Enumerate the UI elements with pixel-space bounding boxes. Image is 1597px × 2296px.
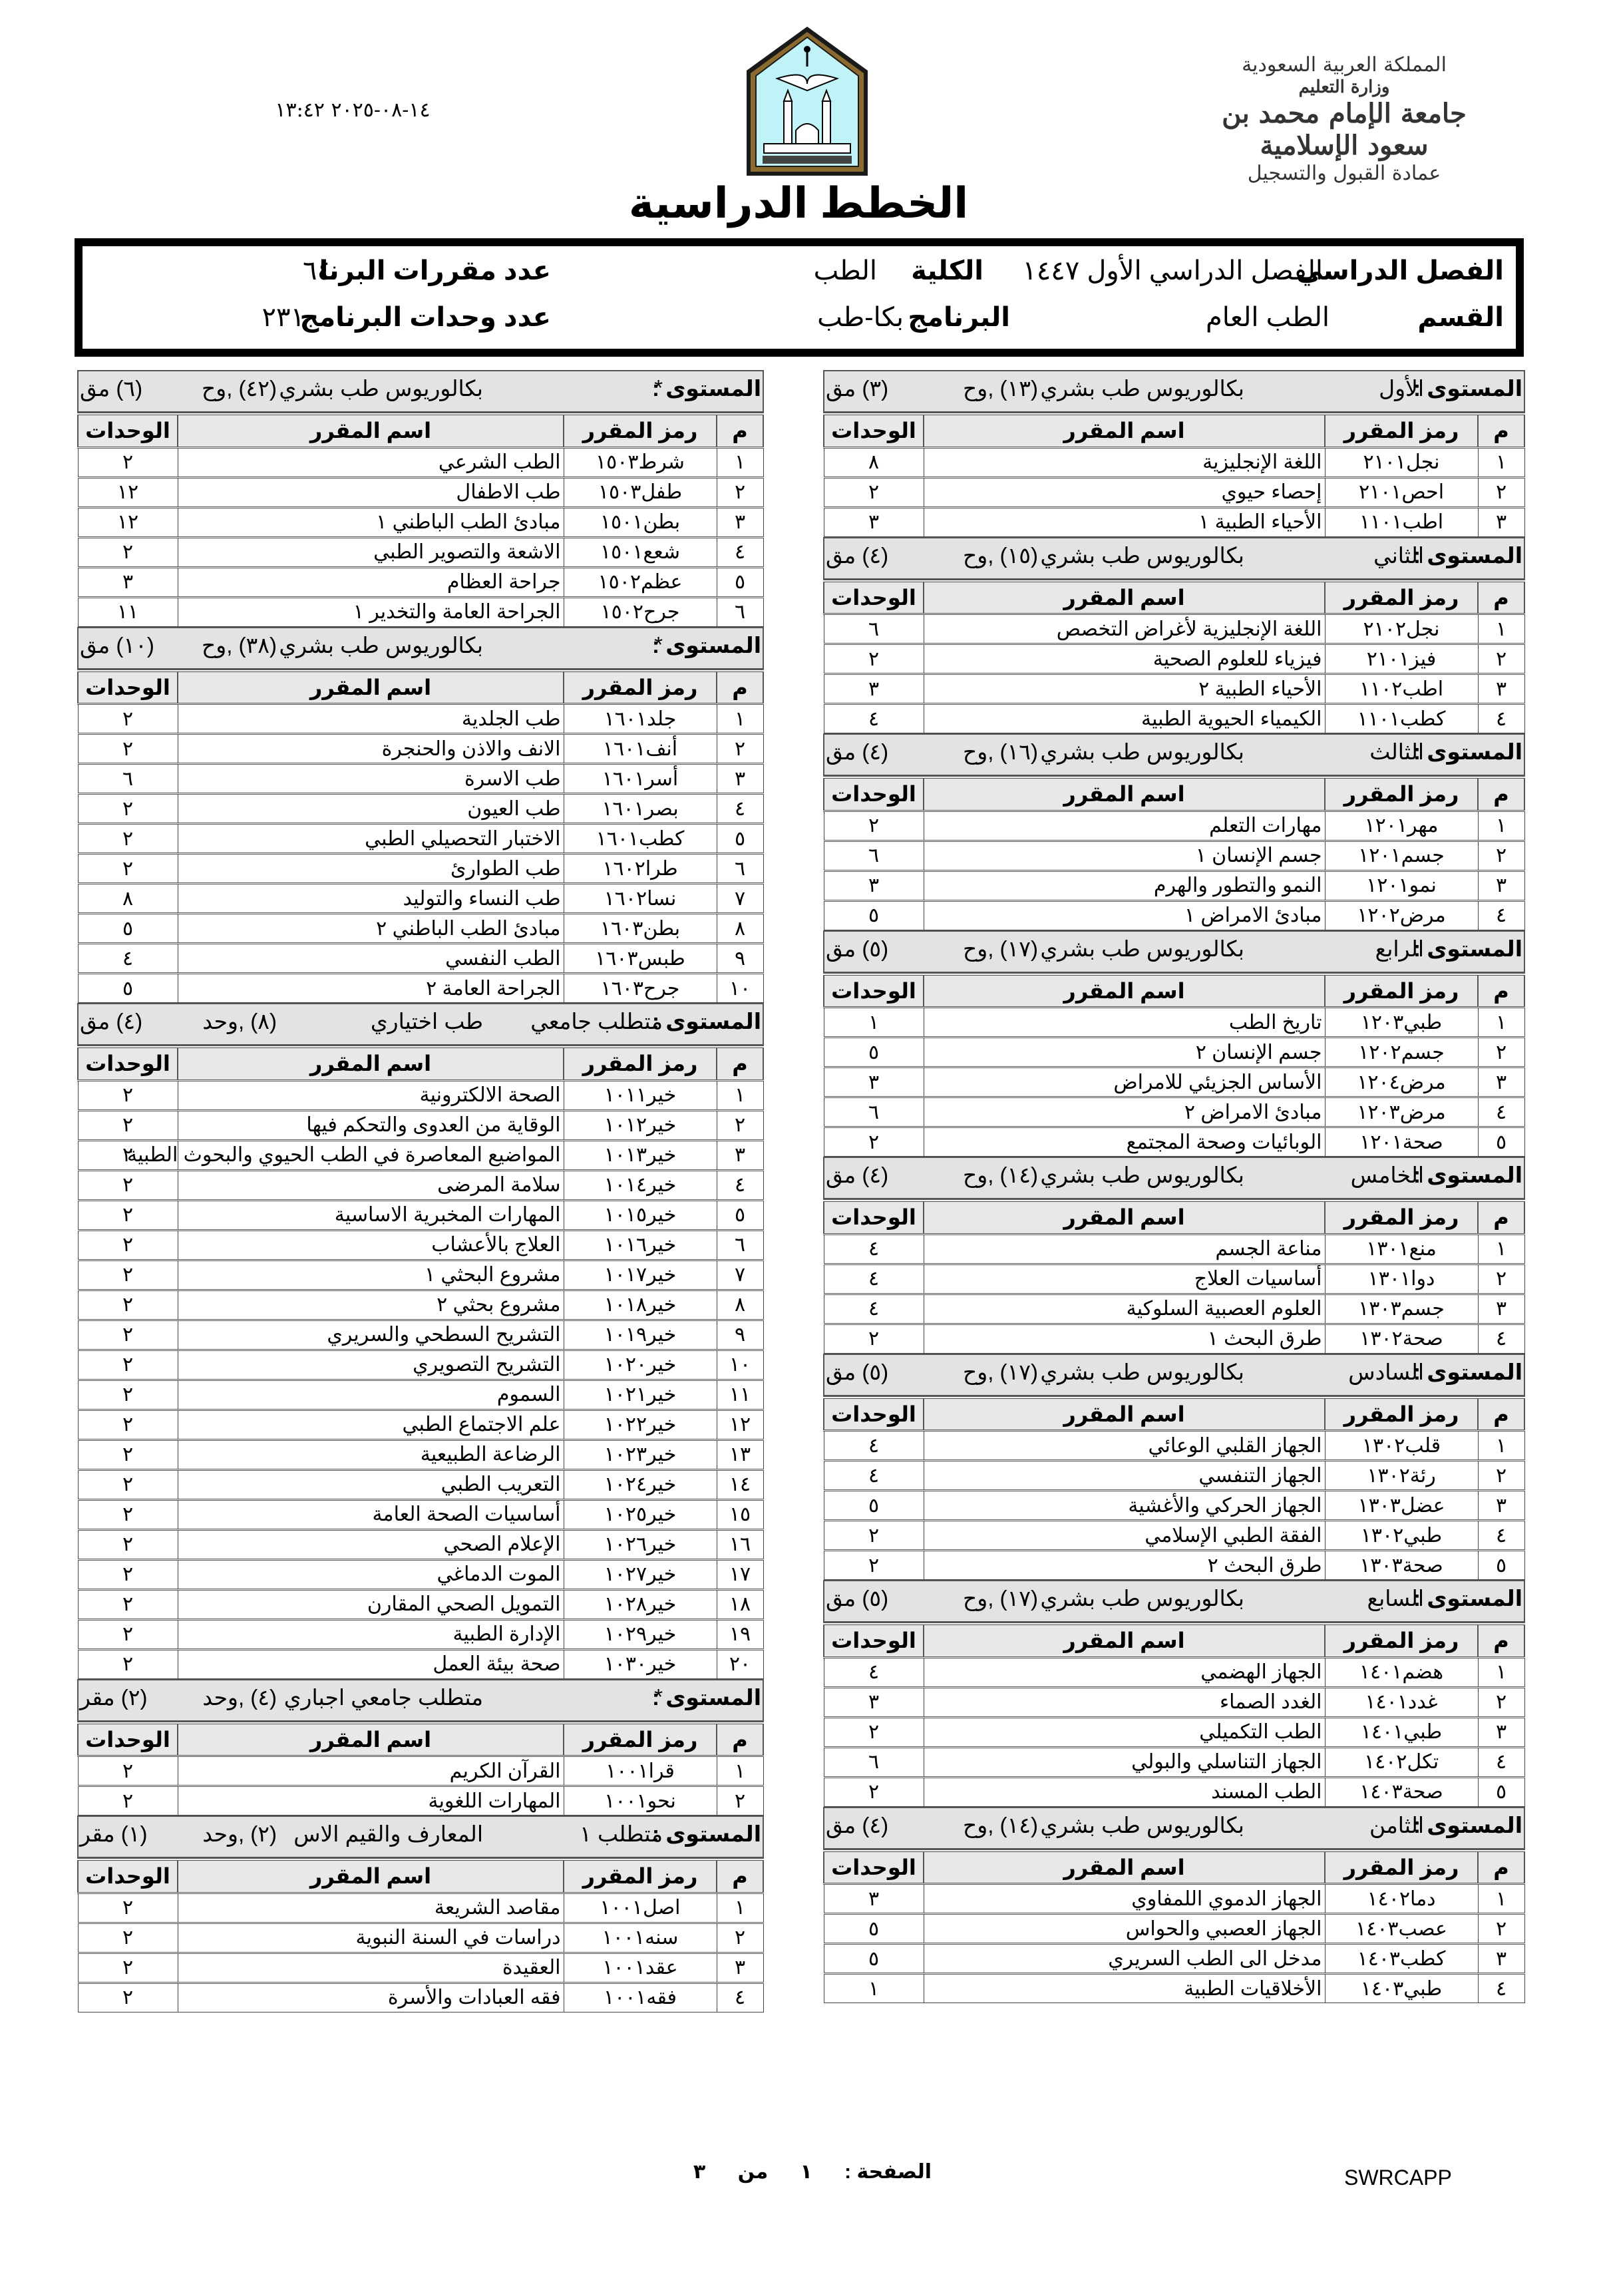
course-code: طبي١٤٠٣ (1325, 1974, 1478, 2003)
table-row: ٢احص٢١٠١إحصاء حيوي٢ (824, 477, 1524, 507)
course-code: مرض١٢٠٤ (1325, 1067, 1478, 1097)
course-code: خير١٠٢٠ (564, 1350, 717, 1380)
table-row: ١خير١٠١١الصحة الالكترونية٢ (78, 1080, 763, 1110)
table-row: ٢خير١٠١٢الوقاية من العدوى والتحكم فيها٢ (78, 1110, 763, 1140)
row-index: ١٥ (717, 1499, 763, 1529)
col-header-index: م (1478, 974, 1524, 1008)
level-program: بكالوريوس طب بشري (279, 375, 483, 401)
table-row: ٢جسم١٢٠١جسم الإنسان ١٦ (824, 841, 1524, 870)
row-index: ٣ (717, 764, 763, 794)
row-index: ١٦ (717, 1529, 763, 1559)
course-code: عضل١٣٠٣ (1325, 1491, 1478, 1521)
table-row: ٨بطن١٦٠٣مبادئ الطب الباطني ٢٥ (78, 914, 763, 944)
course-code: خير١٠٢٨ (564, 1589, 717, 1619)
table-row: ٣نمو١٢٠١النمو والتطور والهرم٣ (824, 870, 1524, 900)
col-header-units: الوحدات (824, 974, 924, 1008)
course-units: ٢ (78, 704, 178, 734)
table-row: ١٠خير١٠٢٠التشريح التصويري٢ (78, 1350, 763, 1380)
course-code: عصب١٤٠٣ (1325, 1914, 1478, 1944)
course-code: صحة١٣٠٣ (1325, 1551, 1478, 1580)
table-row: ٣عضل١٣٠٣الجهاز الحركي والأغشية٥ (824, 1491, 1524, 1521)
course-code: جسم١٢٠١ (1325, 841, 1478, 870)
course-units: ٢ (78, 1923, 178, 1953)
course-code: بصر١٦٠١ (564, 794, 717, 824)
course-code: قرا١٠٠١ (564, 1756, 717, 1786)
col-header-index: م (717, 414, 763, 447)
col-header-name: اسم المقرر (924, 1398, 1325, 1431)
course-code: خير١٠١٥ (564, 1200, 717, 1230)
level-units: (١٧) ,وح (963, 936, 1038, 962)
table-row: ٤طبي١٣٠٢الفقة الطبي الإسلامي٢ (824, 1521, 1524, 1551)
course-code: خير١٠١٢ (564, 1110, 717, 1140)
row-index: ٣ (717, 507, 763, 537)
col-header-units: الوحدات (824, 777, 924, 811)
col-header-index: م (1478, 1201, 1524, 1234)
course-units: ٥ (824, 1491, 924, 1521)
course-units: ٥ (824, 900, 924, 930)
page-title: الخطط الدراسية (599, 178, 998, 228)
row-index: ٣ (1478, 870, 1524, 900)
col-header-code: رمز المقرر (564, 671, 717, 704)
semester-label: الفصل الدراسي (1296, 256, 1504, 286)
course-units: ٢ (78, 824, 178, 854)
course-code: هضم١٤٠١ (1325, 1657, 1478, 1687)
row-index: ٣ (717, 1953, 763, 1983)
table-header-row: مرمز المقرراسم المقررالوحدات (824, 1201, 1524, 1234)
col-header-code: رمز المقرر (1325, 1624, 1478, 1657)
course-code: خير١٠٢٦ (564, 1529, 717, 1559)
col-header-index: م (1478, 1851, 1524, 1884)
course-code: صحة١٣٠٢ (1325, 1324, 1478, 1353)
table-row: ٢٠خير١٠٣٠صحة بيئة العمل٢ (78, 1649, 763, 1678)
row-index: ١٤ (717, 1469, 763, 1499)
course-name: الرضاعة الطبيعية (178, 1439, 564, 1469)
course-code: كطب١١٠١ (1325, 704, 1478, 733)
row-index: ١ (717, 447, 763, 477)
row-index: ٥ (717, 1200, 763, 1230)
col-header-name: اسم المقرر (924, 1851, 1325, 1884)
course-units: ٢ (824, 644, 924, 674)
table-row: ٥صحة١٤٠٣الطب المسند٢ (824, 1777, 1524, 1806)
course-name: التعريب الطبي (178, 1469, 564, 1499)
col-header-units: الوحدات (824, 1398, 924, 1431)
course-name: أساسيات العلاج (924, 1264, 1325, 1294)
university-emblem-icon (744, 24, 870, 178)
table-row: ٤مرض١٢٠٣مبادئ الامراض ٢٦ (824, 1097, 1524, 1127)
course-name: الاشعة والتصوير الطبي (178, 537, 564, 567)
course-units: ٢ (78, 1893, 178, 1923)
college-label: الكلية (911, 256, 983, 286)
level-header: المستوى :متطلب ١المعارف والقيم الاس(٢) ,… (77, 1816, 764, 1858)
course-name: الكيمياء الحيوية الطبية (924, 704, 1325, 733)
table-row: ١٣خير١٠٢٣الرضاعة الطبيعية٢ (78, 1439, 763, 1469)
course-code: خير١٠٢٧ (564, 1559, 717, 1589)
table-row: ٤صحة١٣٠٢طرق البحث ١٢ (824, 1324, 1524, 1353)
level-program: بكالوريوس طب بشري (1040, 542, 1244, 568)
row-index: ٢ (717, 1786, 763, 1816)
course-name: مشروع بحثي ٢ (178, 1290, 564, 1320)
course-units: ١ (824, 1974, 924, 2003)
course-name: فيزياء للعلوم الصحية (924, 644, 1325, 674)
course-name: النمو والتطور والهرم (924, 870, 1325, 900)
table-row: ٤شعع١٥٠١الاشعة والتصوير الطبي٢ (78, 537, 763, 567)
courses-table: مرمز المقرراسم المقررالوحدات١قلب١٣٠٢الجه… (823, 1396, 1525, 1581)
course-code: قلب١٣٠٢ (1325, 1431, 1478, 1461)
course-name: مشروع البحثي ١ (178, 1260, 564, 1290)
semester-value: الفصل الدراسي الأول ١٤٤٧ (1022, 256, 1323, 286)
row-index: ١٣ (717, 1439, 763, 1469)
page-of: من (738, 2161, 769, 2183)
table-row: ٦جرح١٥٠٢الجراحة العامة والتخدير ١١١ (78, 597, 763, 626)
row-index: ٥ (1478, 1127, 1524, 1157)
table-row: ٣اطب١١٠٢الأحياء الطبية ٢٣ (824, 674, 1524, 704)
course-name: القرآن الكريم (178, 1756, 564, 1786)
table-header-row: مرمز المقرراسم المقررالوحدات (824, 1398, 1524, 1431)
level-name: الخامس (1351, 1162, 1424, 1188)
level-courses: (٢) مقر (80, 1684, 147, 1710)
level-header: المستوى :الثالثبكالوريوس طب بشري(١٦) ,وح… (823, 733, 1525, 776)
level-label: المستوى : (652, 1684, 761, 1710)
course-name: طب النساء والتوليد (178, 884, 564, 914)
course-units: ٨ (824, 447, 924, 477)
col-header-code: رمز المقرر (1325, 974, 1478, 1008)
course-units: ١ (824, 1008, 924, 1038)
course-units: ٢ (78, 1529, 178, 1559)
course-name: طب الجلدية (178, 704, 564, 734)
course-units: ٨ (78, 884, 178, 914)
course-units: ٢ (78, 854, 178, 884)
table-row: ١جلد١٦٠١طب الجلدية٢ (78, 704, 763, 734)
row-index: ٢ (1478, 1461, 1524, 1491)
course-name: الجهاز العصبي والحواس (924, 1914, 1325, 1944)
table-row: ١٢خير١٠٢٢علم الاجتماع الطبي٢ (78, 1410, 763, 1439)
table-row: ١٧خير١٠٢٧الموت الدماغي٢ (78, 1559, 763, 1589)
level-courses: (٤) مق (80, 1008, 142, 1034)
course-name: الطب الشرعي (178, 447, 564, 477)
course-units: ٢ (78, 1290, 178, 1320)
course-units: ٦ (824, 841, 924, 870)
course-code: أنف١٦٠١ (564, 734, 717, 764)
level-units: (١٦) ,وح (963, 739, 1038, 765)
course-name: التشريح السطحي والسريري (178, 1320, 564, 1350)
row-index: ١ (1478, 1884, 1524, 1914)
course-units: ١٢ (78, 507, 178, 537)
course-units: ٥ (824, 1944, 924, 1974)
row-index: ٤ (717, 1983, 763, 2012)
courses-table: مرمز المقرراسم المقررالوحدات١اصل١٠٠١مقاص… (77, 1858, 764, 2012)
table-row: ٩طبس١٦٠٣الطب النفسي٤ (78, 944, 763, 974)
program-label: البرنامج (908, 302, 1010, 333)
course-code: عظم١٥٠٢ (564, 567, 717, 597)
level-name: الثاني (1373, 542, 1424, 568)
course-name: المهارات اللغوية (178, 1786, 564, 1816)
row-index: ٤ (1478, 704, 1524, 733)
course-code: نجل٢١٠١ (1325, 447, 1478, 477)
courses-table: مرمز المقرراسم المقررالوحدات١قرا١٠٠١القر… (77, 1722, 764, 1816)
table-row: ١٤خير١٠٢٤التعريب الطبي٢ (78, 1469, 763, 1499)
units-count-value: ٢٣١ (262, 302, 305, 333)
level-units: (٤٢) ,وح (202, 375, 277, 401)
level-header: المستوى :الثامنبكالوريوس طب بشري(١٤) ,وح… (823, 1807, 1525, 1849)
table-row: ٤طبي١٤٠٣الأخلاقيات الطبية١ (824, 1974, 1524, 2003)
university-name: جامعة الإمام محمد بن سعود الإسلامية (1218, 98, 1471, 162)
table-row: ٤خير١٠١٤سلامة المرضى٢ (78, 1170, 763, 1200)
col-header-units: الوحدات (824, 1851, 924, 1884)
table-row: ٤فقه١٠٠١فقه العبادات والأسرة٢ (78, 1983, 763, 2012)
table-row: ١طبي١٢٠٣تاريخ الطب١ (824, 1008, 1524, 1038)
course-name: أساسيات الصحة العامة (178, 1499, 564, 1529)
level-header: المستوى :الخامسبكالوريوس طب بشري(١٤) ,وح… (823, 1157, 1525, 1199)
row-index: ٩ (717, 1320, 763, 1350)
course-name: الصحة الالكترونية (178, 1080, 564, 1110)
col-header-code: رمز المقرر (564, 1859, 717, 1893)
course-name: التشريح التصويري (178, 1350, 564, 1380)
course-units: ٣ (824, 1687, 924, 1717)
course-units: ٢ (78, 1320, 178, 1350)
row-index: ١١ (717, 1380, 763, 1410)
course-units: ٣ (824, 1067, 924, 1097)
course-units: ٤ (78, 944, 178, 974)
row-index: ١٨ (717, 1589, 763, 1619)
course-code: سنه١٠٠١ (564, 1923, 717, 1953)
course-code: صحة١٤٠٣ (1325, 1777, 1478, 1806)
course-code: بطن١٦٠٣ (564, 914, 717, 944)
level-header: المستوى :*بكالوريوس طب بشري(٤٢) ,وح(٦) م… (77, 370, 764, 413)
level-units: (١٣) ,وح (963, 375, 1038, 401)
row-index: ٤ (717, 1170, 763, 1200)
level-courses: (١) مقر (80, 1821, 147, 1847)
course-code: اطب١١٠١ (1325, 507, 1478, 536)
level-program: طب اختياري (371, 1008, 483, 1034)
course-code: طبي١٢٠٣ (1325, 1008, 1478, 1038)
col-header-units: الوحدات (78, 1723, 178, 1756)
row-index: ١ (1478, 447, 1524, 477)
course-name: جسم الإنسان ٢ (924, 1038, 1325, 1067)
level-name: الأول (1379, 375, 1424, 401)
course-name: تاريخ الطب (924, 1008, 1325, 1038)
course-code: جرح١٥٠٢ (564, 597, 717, 626)
course-units: ٤ (824, 1234, 924, 1264)
level-name: السابع (1367, 1585, 1424, 1611)
course-code: شعع١٥٠١ (564, 537, 717, 567)
table-row: ٤مرض١٢٠٢مبادئ الامراض ١٥ (824, 900, 1524, 930)
course-units: ٢ (78, 1439, 178, 1469)
col-header-code: رمز المقرر (1325, 1398, 1478, 1431)
level-courses: (٥) مق (826, 1585, 888, 1611)
col-header-code: رمز المقرر (1325, 414, 1478, 447)
course-name: الأساس الجزيئي للامراض (924, 1067, 1325, 1097)
table-row: ٧خير١٠١٧مشروع البحثي ١٢ (78, 1260, 763, 1290)
row-index: ٥ (717, 567, 763, 597)
level-courses: (٤) مق (826, 1162, 888, 1188)
table-row: ٢جسم١٢٠٢جسم الإنسان ٢٥ (824, 1038, 1524, 1067)
course-units: ٥ (824, 1914, 924, 1944)
col-header-index: م (1478, 1398, 1524, 1431)
table-row: ٥خير١٠١٥المهارات المخبرية الاساسية٢ (78, 1200, 763, 1230)
table-row: ٤تكل١٤٠٢الجهاز التناسلي والبولي٦ (824, 1747, 1524, 1777)
course-name: الأخلاقيات الطبية (924, 1974, 1325, 2003)
table-row: ٣كطب١٤٠٣مدخل الى الطب السريري٥ (824, 1944, 1524, 1974)
course-units: ٢ (824, 1127, 924, 1157)
row-index: ٣ (1478, 674, 1524, 704)
col-header-units: الوحدات (824, 1624, 924, 1657)
level-label: المستوى : (1413, 739, 1522, 765)
level-header: المستوى :*بكالوريوس طب بشري(٣٨) ,وح(١٠) … (77, 627, 764, 670)
course-units: ٢ (78, 1200, 178, 1230)
page-indicator: الصفحة : ١ من ٣ (652, 2160, 932, 2184)
row-index: ٧ (717, 884, 763, 914)
table-row: ٣بطن١٥٠١مبادئ الطب الباطني ١١٢ (78, 507, 763, 537)
level-units: (١٤) ,وح (963, 1812, 1038, 1838)
row-index: ٣ (1478, 1717, 1524, 1747)
level-name: السادس (1348, 1359, 1424, 1385)
col-header-units: الوحدات (78, 1047, 178, 1080)
course-units: ٣ (78, 567, 178, 597)
level-program: بكالوريوس طب بشري (1040, 1359, 1244, 1385)
col-header-units: الوحدات (824, 1201, 924, 1234)
col-header-name: اسم المقرر (924, 581, 1325, 614)
course-units: ٢ (78, 1589, 178, 1619)
col-header-units: الوحدات (78, 1859, 178, 1893)
course-name: الفقة الطبي الإسلامي (924, 1521, 1325, 1551)
course-name: الأحياء الطبية ٢ (924, 674, 1325, 704)
row-index: ١ (1478, 811, 1524, 841)
course-units: ٢ (78, 447, 178, 477)
row-index: ١٠ (717, 974, 763, 1003)
course-name: الإدارة الطبية (178, 1619, 564, 1649)
course-name: التمويل الصحي المقارن (178, 1589, 564, 1619)
course-units: ٢ (78, 1260, 178, 1290)
course-units: ٢ (78, 1170, 178, 1200)
course-name: طرق البحث ١ (924, 1324, 1325, 1353)
course-code: جسم١٢٠٢ (1325, 1038, 1478, 1067)
table-row: ١شرط١٥٠٣الطب الشرعي٢ (78, 447, 763, 477)
course-units: ٢ (824, 1777, 924, 1806)
table-row: ١دما١٤٠٢الجهاز الدموي اللمفاوي٣ (824, 1884, 1524, 1914)
row-index: ١ (1478, 1234, 1524, 1264)
course-code: خير١٠١٨ (564, 1290, 717, 1320)
table-row: ٤بصر١٦٠١طب العيون٢ (78, 794, 763, 824)
course-units: ٢ (78, 537, 178, 567)
table-row: ١نجل٢١٠٢اللغة الإنجليزية لأغراض التخصص٦ (824, 614, 1524, 644)
col-header-name: اسم المقرر (178, 1723, 564, 1756)
course-code: عقد١٠٠١ (564, 1953, 717, 1983)
col-header-index: م (717, 1723, 763, 1756)
course-code: خير١٠١٩ (564, 1320, 717, 1350)
course-code: جرح١٦٠٣ (564, 974, 717, 1003)
course-units: ٢ (78, 1619, 178, 1649)
course-units: ٤ (824, 1657, 924, 1687)
col-header-name: اسم المقرر (178, 671, 564, 704)
course-code: دوا١٣٠١ (1325, 1264, 1478, 1294)
row-index: ٢ (1478, 1038, 1524, 1067)
col-header-name: اسم المقرر (924, 777, 1325, 811)
course-units: ٢ (78, 1469, 178, 1499)
table-row: ٣عقد١٠٠١العقيدة٢ (78, 1953, 763, 1983)
table-row: ١منع١٣٠١مناعة الجسم٤ (824, 1234, 1524, 1264)
level-units: (١٧) ,وح (963, 1359, 1038, 1385)
level-label: المستوى : (1413, 542, 1522, 568)
course-code: صحة١٢٠١ (1325, 1127, 1478, 1157)
courses-table: مرمز المقرراسم المقررالوحدات١طبي١٢٠٣تاري… (823, 973, 1525, 1157)
level-label: المستوى : (652, 375, 761, 401)
row-index: ٢ (1478, 841, 1524, 870)
row-index: ٣ (717, 1140, 763, 1170)
course-name: الجهاز الدموي اللمفاوي (924, 1884, 1325, 1914)
course-units: ٢ (78, 1080, 178, 1110)
course-code: خير١٠٢٤ (564, 1469, 717, 1499)
row-index: ٢ (717, 1110, 763, 1140)
row-index: ٣ (1478, 1294, 1524, 1324)
course-name: طرق البحث ٢ (924, 1551, 1325, 1580)
level-header: المستوى :السادسبكالوريوس طب بشري(١٧) ,وح… (823, 1354, 1525, 1396)
row-index: ٦ (717, 1230, 763, 1260)
col-header-index: م (1478, 777, 1524, 811)
deanship-name: عمادة القبول والتسجيل (1218, 162, 1471, 186)
course-code: فقه١٠٠١ (564, 1983, 717, 2012)
table-row: ١١خير١٠٢١السموم٢ (78, 1380, 763, 1410)
course-name: فقه العبادات والأسرة (178, 1983, 564, 2012)
course-code: نحو١٠٠١ (564, 1786, 717, 1816)
col-header-code: رمز المقرر (564, 1723, 717, 1756)
course-name: اللغة الإنجليزية لأغراض التخصص (924, 614, 1325, 644)
level-header: المستوى :الأولبكالوريوس طب بشري(١٣) ,وح(… (823, 370, 1525, 413)
course-name: الجهاز الحركي والأغشية (924, 1491, 1325, 1521)
course-code: مرض١٢٠٢ (1325, 900, 1478, 930)
col-header-name: اسم المقرر (178, 414, 564, 447)
row-index: ١ (717, 1756, 763, 1786)
course-code: رئة١٣٠٢ (1325, 1461, 1478, 1491)
course-name: دراسات في السنة النبوية (178, 1923, 564, 1953)
courses-table: مرمز المقرراسم المقررالوحدات١شرط١٥٠٣الطب… (77, 413, 764, 627)
level-header: المستوى :الثانيبكالوريوس طب بشري(١٥) ,وح… (823, 537, 1525, 580)
table-row: ١٠جرح١٦٠٣الجراحة العامة ٢٥ (78, 974, 763, 1003)
courses-table: مرمز المقرراسم المقررالوحدات١هضم١٤٠١الجه… (823, 1623, 1525, 1807)
course-units: ٢ (78, 1649, 178, 1678)
course-name: الطب التكميلي (924, 1717, 1325, 1747)
table-row: ٢عصب١٤٠٣الجهاز العصبي والحواس٥ (824, 1914, 1524, 1944)
row-index: ٤ (717, 794, 763, 824)
level-label: المستوى : (652, 1821, 761, 1847)
course-code: نجل٢١٠٢ (1325, 614, 1478, 644)
level-units: (١٤) ,وح (963, 1162, 1038, 1188)
level-label: المستوى : (1413, 1812, 1522, 1838)
course-name: الموت الدماغي (178, 1559, 564, 1589)
row-index: ١ (717, 1080, 763, 1110)
col-header-name: اسم المقرر (178, 1859, 564, 1893)
level-courses: (٥) مق (826, 1359, 888, 1385)
table-header-row: مرمز المقرراسم المقررالوحدات (824, 777, 1524, 811)
levels-column-left: المستوى :*بكالوريوس طب بشري(٤٢) ,وح(٦) م… (77, 370, 764, 2012)
ministry-header-block: المملكة العربية السعودية وزارة التعليم ج… (1218, 53, 1471, 206)
course-units: ٣ (824, 674, 924, 704)
level-program: بكالوريوس طب بشري (1040, 739, 1244, 765)
table-row: ٥صحة١٢٠١الوبائيات وصحة المجتمع٢ (824, 1127, 1524, 1157)
row-index: ٩ (717, 944, 763, 974)
row-index: ٣ (1478, 507, 1524, 536)
level-name: الرابع (1375, 936, 1424, 962)
course-units: ٦ (78, 764, 178, 794)
table-header-row: مرمز المقرراسم المقررالوحدات (78, 414, 763, 447)
col-header-units: الوحدات (824, 414, 924, 447)
page-label: الصفحة : (844, 2161, 932, 2183)
col-header-name: اسم المقرر (924, 414, 1325, 447)
course-code: خير١٠١٤ (564, 1170, 717, 1200)
course-name: اللغة الإنجليزية (924, 447, 1325, 477)
course-units: ٣ (824, 507, 924, 536)
course-code: طبي١٤٠١ (1325, 1717, 1478, 1747)
course-code: خير١٠١٦ (564, 1230, 717, 1260)
